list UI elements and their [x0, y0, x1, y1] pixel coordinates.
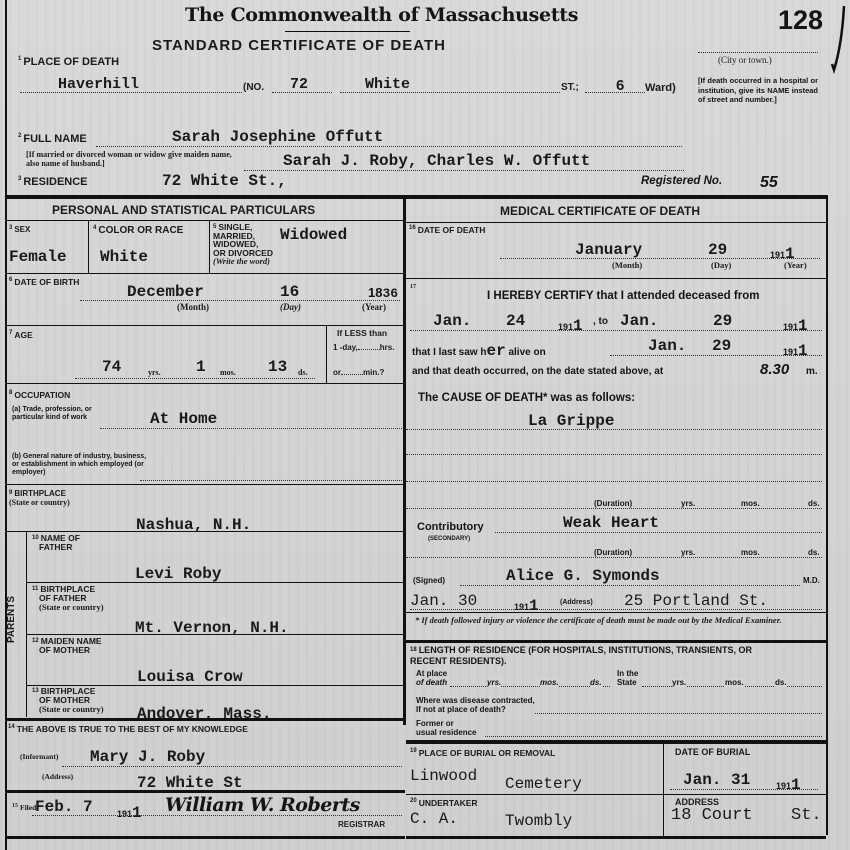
- in-state-yrs: yrs.: [672, 678, 686, 687]
- label-text: SEX: [14, 225, 30, 234]
- registrar-signature: William W. Roberts: [165, 794, 360, 816]
- dod-day: 29: [708, 241, 727, 259]
- label-text: DATE OF BIRTH: [14, 277, 79, 287]
- dod-month-caption: (Month): [612, 260, 642, 270]
- birthplace-label: 9BIRTHPLACE (State or country): [9, 489, 70, 507]
- st-label: St.;: [561, 82, 579, 93]
- label-text: FATHER: [32, 543, 80, 552]
- field-number: 3: [9, 225, 12, 231]
- year-value: 1: [791, 776, 801, 794]
- secondary-label: (SECONDARY): [428, 536, 470, 542]
- label-text: usual residence: [416, 728, 476, 737]
- duration-mos-2: mos.: [741, 548, 760, 557]
- label-text: FULL NAME: [23, 133, 86, 145]
- maiden-name-value: Sarah J. Roby, Charles W. Offutt: [283, 152, 590, 170]
- color-value: White: [100, 248, 148, 266]
- col-rule: [326, 326, 327, 383]
- year-value: 36: [382, 286, 398, 301]
- right-border: [826, 195, 828, 835]
- attended-to-year: 1911: [783, 317, 808, 335]
- field-number: 7: [9, 330, 12, 336]
- contributory-label: Contributory: [417, 521, 484, 533]
- label-text: RECENT RESIDENTS).: [410, 656, 752, 667]
- label-text: Filed: [20, 803, 36, 812]
- label-text: (State or country): [32, 705, 104, 714]
- color-label: 4COLOR OR RACE: [93, 225, 183, 236]
- full-name-label: 2FULL NAME: [18, 133, 87, 145]
- month-caption: (Month): [177, 302, 209, 312]
- last-saw-text: that I last saw her alive on: [412, 342, 546, 360]
- md-label: M.D.: [803, 576, 820, 585]
- row-rule: [5, 383, 403, 384]
- age-years: 74: [102, 358, 121, 376]
- field-number: 16: [409, 225, 416, 231]
- label-text: OF MOTHER: [32, 646, 102, 655]
- signed-date: Jan. 30: [410, 592, 477, 610]
- row-rule: [5, 273, 403, 274]
- hospital-note: [If death occurred in a hospital or inst…: [698, 76, 818, 105]
- occ-a-label: (a) Trade, profession, or particular kin…: [12, 406, 122, 422]
- residence-value: 72 White St.,: [162, 172, 287, 190]
- burial-place-value: Linwood: [410, 767, 477, 785]
- row-rule: [26, 634, 403, 635]
- label-text: State: [617, 678, 638, 687]
- registered-no-value: 55: [760, 174, 778, 192]
- commonwealth-heading: The Commonwealth of Massachusetts: [185, 4, 578, 26]
- place-of-death-label: 1PLACE OF DEATH: [18, 56, 119, 68]
- field-number: 10: [32, 535, 39, 541]
- year-caption: (Year): [362, 302, 386, 312]
- personal-section-title: PERSONAL AND STATISTICAL PARTICULARS: [52, 203, 315, 217]
- marital-value: Widowed: [280, 226, 347, 244]
- field-number: 6: [9, 277, 12, 283]
- parents-side-rule: [26, 531, 27, 717]
- signed-label: (Signed): [413, 576, 445, 585]
- label-text: hrs.: [380, 343, 395, 352]
- sex-label: 3SEX: [9, 225, 30, 234]
- col-rule: [209, 221, 210, 273]
- attended-dotline: [410, 330, 822, 331]
- dob-year: 1836: [368, 285, 398, 301]
- label-text: that I last saw h: [412, 347, 486, 358]
- no-label: (No.: [243, 82, 264, 93]
- pronoun-value: er: [486, 342, 505, 360]
- doctor-address: 25 Portland St.: [624, 592, 768, 610]
- field-number: 18: [410, 647, 417, 653]
- year-prefix: 191: [770, 250, 785, 260]
- label-text: min.?: [363, 368, 384, 377]
- age-dotline: [75, 378, 315, 379]
- label-text: or: [333, 368, 341, 377]
- duration-mos: mos.: [741, 499, 760, 508]
- cause-value: La Grippe: [528, 412, 614, 430]
- less-than-day: 1 -day,hrs.: [333, 343, 394, 352]
- field-number: 11: [32, 586, 38, 592]
- filed-label: 15Filed: [12, 803, 36, 812]
- injury-footnote: * If death followed injury or violence t…: [415, 615, 823, 625]
- label-text: RESIDENCE: [23, 176, 87, 188]
- informant-dotline: [62, 766, 402, 767]
- residence-length-heading: 18LENGTH OF RESIDENCE (FOR HOSPITALS, IN…: [410, 645, 752, 667]
- field-number: 13: [32, 688, 39, 694]
- year-prefix: 191: [783, 322, 798, 332]
- field-number: 20: [410, 798, 417, 804]
- undertaker-label: 20UNDERTAKER: [410, 798, 478, 808]
- field-number: 3: [18, 176, 21, 182]
- year-prefix: 191: [558, 322, 573, 332]
- year-prefix: 191: [783, 347, 798, 357]
- former-residence-label: Former or usual residence: [416, 719, 476, 737]
- center-divider: [403, 195, 406, 725]
- occ-a-dotline: [100, 428, 402, 429]
- undertaker-value-2: Twombly: [505, 812, 572, 830]
- age-months-label: mos.: [220, 368, 236, 377]
- year-value: 1: [132, 804, 142, 822]
- father-label: 10NAME OF FATHER: [32, 534, 80, 552]
- death-time-suffix: m.: [806, 366, 818, 377]
- duration-label: (Duration): [592, 499, 634, 508]
- informant-label: (Informant): [20, 752, 58, 761]
- dod-label: 16DATE OF DEATH: [409, 225, 485, 235]
- age-months: 1: [196, 358, 206, 376]
- section-rule: [406, 836, 826, 839]
- label-text: (State or country): [9, 498, 70, 507]
- medical-section-title: MEDICAL CERTIFICATE OF DEATH: [500, 204, 700, 218]
- col-rule: [88, 221, 89, 273]
- full-name-dotline: [96, 146, 682, 147]
- place-number: 72: [290, 76, 308, 93]
- section-rule: [406, 640, 826, 643]
- field-number: 8: [9, 390, 12, 396]
- occupation-label: 8OCCUPATION: [9, 390, 70, 400]
- father-birthplace-label: 11BIRTHPLACE OF FATHER (State or country…: [32, 585, 104, 612]
- label-text: OCCUPATION: [14, 390, 70, 400]
- year-prefix: 18: [368, 285, 382, 300]
- filed-date: Feb. 7: [35, 798, 93, 816]
- certificate-title: STANDARD CERTIFICATE OF DEATH: [152, 37, 446, 54]
- duration-dotline: [406, 508, 822, 509]
- doctor-address-label: (Address): [560, 599, 593, 606]
- age-days: 13: [268, 358, 287, 376]
- burial-place-label: 19PLACE OF BURIAL OR REMOVAL: [410, 748, 555, 758]
- label-text: alive on: [508, 347, 545, 358]
- mother-value: Louisa Crow: [137, 668, 243, 686]
- row-rule: [26, 582, 403, 583]
- registered-no-label: Registered No.: [641, 175, 722, 187]
- mother-label: 12MAIDEN NAME OF MOTHER: [32, 637, 102, 655]
- attended-to-month: Jan.: [620, 312, 658, 330]
- label-text: PLACE OF DEATH: [23, 56, 119, 68]
- in-state-mos: mos.: [725, 678, 744, 687]
- certify-number: 17: [410, 284, 416, 290]
- year-prefix: 191: [117, 809, 132, 819]
- field-number: 5: [213, 224, 216, 230]
- undertaker-address: 18 Court: [671, 806, 753, 825]
- row-rule: [406, 222, 826, 223]
- header-divider: [5, 195, 828, 199]
- row-rule: [5, 531, 403, 532]
- row-rule: [5, 484, 403, 485]
- dob-label: 6DATE OF BIRTH: [9, 277, 79, 287]
- full-name-value: Sarah Josephine Offutt: [172, 128, 383, 146]
- age-years-label: yrs.: [148, 368, 161, 377]
- death-certificate: The Commonwealth of Massachusetts STANDA…: [0, 0, 850, 850]
- row-rule: [5, 325, 403, 326]
- city-or-town-caption: (City or town.): [718, 55, 772, 65]
- marital-label: 5SINGLE, MARRIED, WIDOWED, OR DIVORCED (…: [213, 223, 273, 266]
- informant-address-label: (Address): [42, 772, 73, 781]
- last-saw-month: Jan.: [648, 337, 686, 355]
- undertaker-value: C. A.: [410, 810, 458, 828]
- year-prefix: 191: [776, 781, 791, 791]
- cause-dotline-3: [406, 481, 822, 482]
- last-saw-day: 29: [712, 337, 731, 355]
- day-caption: (Day): [280, 302, 301, 312]
- at-place-ds: ds.: [590, 678, 602, 687]
- ward-label: Ward): [645, 82, 676, 94]
- field-number: 4: [93, 225, 96, 231]
- label-text: PLACE OF BURIAL OR REMOVAL: [419, 748, 556, 758]
- section-rule: [5, 790, 405, 793]
- dob-day: 16: [280, 283, 299, 301]
- dod-day-caption: (Day): [711, 260, 731, 270]
- field-number: 14: [8, 724, 15, 730]
- label-text: Where was disease contracted,: [416, 696, 535, 705]
- label-text: (Write the word): [213, 257, 273, 266]
- field-number: 1: [18, 56, 21, 62]
- filed-year: 1911: [117, 804, 142, 822]
- occ-a-value: At Home: [150, 410, 217, 428]
- contributory-dotline: [495, 532, 822, 533]
- label-text: LENGTH OF RESIDENCE (FOR HOSPITALS, INST…: [419, 645, 752, 655]
- occ-b-label: (b) General nature of industry, business…: [12, 453, 147, 477]
- contracted-label: Where was disease contracted, If not at …: [416, 696, 535, 714]
- pen-mark-icon: [830, 4, 848, 74]
- maiden-dotline: [244, 170, 684, 171]
- at-place-label: At place of death: [416, 669, 447, 687]
- residence-label: 3RESIDENCE: [18, 176, 88, 188]
- certify-text: I HEREBY CERTIFY that I attended decease…: [487, 290, 759, 302]
- less-than-min: ormin.?: [333, 368, 384, 377]
- field-number: 12: [32, 638, 39, 644]
- death-time-text: and that death occurred, on the date sta…: [412, 366, 663, 377]
- duration-ds: ds.: [808, 499, 820, 508]
- dod-year-caption: (Year): [784, 260, 807, 270]
- duration-yrs-2: yrs.: [681, 548, 695, 557]
- burial-date-label: DATE OF BURIAL: [675, 747, 750, 757]
- attended-from-year: 1911: [558, 317, 583, 335]
- contributory-value: Weak Heart: [563, 514, 659, 532]
- undertaker-address-2: St.: [791, 806, 822, 825]
- signed-value: Alice G. Symonds: [506, 567, 660, 585]
- place-city: Haverhill: [58, 76, 139, 93]
- city-line: [698, 52, 818, 53]
- dod-month: January: [575, 241, 642, 259]
- label-text: Former or: [416, 719, 476, 728]
- dob-month: December: [127, 283, 204, 301]
- burial-year: 1911: [776, 776, 801, 794]
- age-label: 7AGE: [9, 330, 33, 340]
- less-than-label: If LESS than: [337, 328, 387, 338]
- death-time-value: 8.30: [760, 361, 789, 378]
- row-rule: [406, 794, 826, 795]
- to-label: , to: [593, 316, 608, 327]
- left-border: [5, 0, 7, 850]
- cause-heading: The CAUSE OF DEATH* was as follows:: [418, 392, 635, 404]
- mother-birthplace-label: 13BIRTHPLACE OF MOTHER (State or country…: [32, 687, 104, 714]
- label-text: (State or country): [32, 603, 104, 612]
- attended-to-day: 29: [713, 312, 732, 330]
- burial-place-value-2: Cemetery: [505, 775, 582, 793]
- label-text: DATE OF DEATH: [418, 225, 486, 235]
- burial-date: Jan. 31: [683, 771, 750, 789]
- field-number: 2: [18, 133, 21, 139]
- duration-label-2: (Duration): [592, 548, 634, 557]
- year-value: 1: [798, 342, 808, 360]
- year-value: 1: [573, 317, 583, 335]
- label-text: In the: [617, 669, 638, 678]
- at-place-dotline: [450, 686, 610, 687]
- header-underline: [285, 31, 410, 32]
- attended-from-day: 24: [506, 312, 525, 330]
- in-state-label: In the State: [617, 669, 638, 687]
- parents-side-label: PARENTS: [6, 596, 17, 643]
- occ-b-dotline: [140, 480, 402, 481]
- signed-dotline: [460, 585, 800, 586]
- label-text: UNDERTAKER: [419, 798, 478, 808]
- label-text: AGE: [14, 330, 32, 340]
- contracted-dotline: [535, 713, 822, 714]
- section-rule: [406, 740, 826, 744]
- maiden-name-note: [If married or divorced woman or widow g…: [26, 150, 241, 168]
- duration-yrs: yrs.: [681, 499, 695, 508]
- label-text: At place: [416, 669, 447, 678]
- informant-value: Mary J. Roby: [90, 748, 205, 766]
- row-rule: [5, 220, 403, 221]
- duration-dotline-2: [406, 557, 822, 558]
- sex-value: Female: [9, 248, 67, 266]
- label-text: If not at place of death?: [416, 705, 535, 714]
- informant-heading: 14THE ABOVE IS TRUE TO THE BEST OF MY KN…: [8, 724, 248, 734]
- section-rule: [5, 836, 405, 839]
- cause-dotline-2: [406, 454, 822, 455]
- attended-from-month: Jan.: [433, 312, 471, 330]
- label-text: THE ABOVE IS TRUE TO THE BEST OF MY KNOW…: [17, 724, 248, 734]
- registrar-label: REGISTRAR: [338, 820, 385, 829]
- father-value: Levi Roby: [135, 565, 221, 583]
- year-value: 1: [798, 317, 808, 335]
- field-number: 15: [12, 803, 18, 809]
- row-rule: [406, 612, 826, 613]
- section-rule: [5, 718, 405, 721]
- label-text: COLOR OR RACE: [98, 225, 183, 236]
- duration-ds-2: ds.: [808, 548, 820, 557]
- ward-dotline: [585, 92, 645, 93]
- last-saw-year: 1911: [783, 342, 808, 360]
- label-text: BIRTHPLACE: [14, 489, 66, 498]
- in-state-ds: ds.: [775, 678, 787, 687]
- burial-col-rule: [663, 744, 664, 836]
- at-place-mos: mos.: [540, 678, 559, 687]
- label-text: of death: [416, 678, 447, 687]
- field-number: 19: [410, 748, 417, 754]
- place-street: White: [365, 76, 410, 93]
- label-text: 1 -day,: [333, 343, 358, 352]
- field-number: 9: [9, 490, 12, 496]
- year-prefix: 191: [514, 602, 529, 612]
- ward-number: 6: [616, 77, 624, 94]
- former-dotline: [485, 736, 822, 737]
- row-rule: [406, 278, 826, 279]
- age-days-label: ds.: [298, 368, 308, 377]
- at-place-yrs: yrs.: [487, 678, 501, 687]
- page-number: 128: [778, 5, 823, 36]
